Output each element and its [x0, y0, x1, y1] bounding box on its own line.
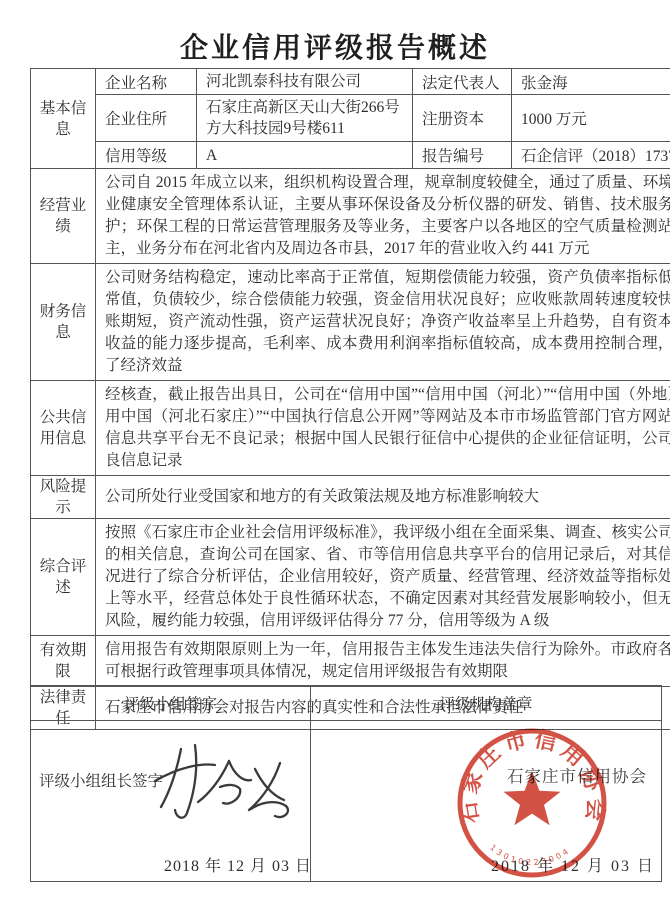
svg-text:13010223004: 13010223004 [488, 843, 572, 867]
field-label-registered-capital: 注册资本 [413, 95, 512, 142]
team-leader-signature-label: 评级小组组长签字 [39, 769, 163, 791]
table-row: 基本信息 企业名称 河北凯泰科技有限公司 法定代表人 张金海 [31, 69, 670, 95]
field-value-legal-rep: 张金海 [512, 69, 670, 95]
section-content-financial-info: 公司财务结构稳定，速动比率高于正常值，短期偿债能力较强，资产负债率指标低于正常值… [96, 264, 670, 381]
report-page: 企业信用评级报告概述 基本信息 企业名称 河北凯泰科技有限公司 法定代表人 张金… [0, 0, 670, 906]
section-label-risk-warning: 风险提示 [31, 476, 96, 519]
table-row: 信用等级 A 报告编号 石企信评（2018）1737 号 [31, 142, 670, 169]
section-label-basic-info: 基本信息 [31, 69, 96, 169]
field-label-address: 企业住所 [96, 95, 197, 142]
seal-code-text: 13010223004 [488, 843, 572, 867]
team-signature-date: 2018 年 12 月 03 日 [164, 853, 312, 876]
team-signature-header: 评级小组签字 [31, 686, 311, 721]
handwritten-signature [151, 739, 301, 827]
section-content-validity-period: 信用报告有效期限原则上为一年，信用报告主体发生违法失信行为除外。市政府各部门可根… [96, 636, 670, 687]
field-value-address: 石家庄高新区天山大街266号方大科技园9号楼611 [197, 95, 413, 142]
team-signature-cell: 评级小组组长签字 2018 年 12 月 03 日 [31, 721, 311, 882]
field-value-report-number: 石企信评（2018）1737 号 [512, 142, 670, 169]
section-content-risk-warning: 公司所处行业受国家和地方的有关政策法规及地方标准影响较大 [96, 476, 670, 519]
signature-table: 评级小组签字 评级机构盖章 评级小组组长签字 [30, 685, 662, 882]
section-label-validity-period: 有效期限 [31, 636, 96, 687]
table-row: 企业住所 石家庄高新区天山大街266号方大科技园9号楼611 注册资本 1000… [31, 95, 670, 142]
table-row: 财务信息 公司财务结构稳定，速动比率高于正常值，短期偿债能力较强，资产负债率指标… [31, 264, 670, 381]
field-value-credit-rating: A [197, 142, 413, 169]
section-label-public-credit-info: 公共信用信息 [31, 381, 96, 476]
table-row: 公共信用信息 经核查，截止报告出具日，公司在“信用中国”“信用中国（河北）”“信… [31, 381, 670, 476]
field-label-credit-rating: 信用等级 [96, 142, 197, 169]
company-seal-stamp: 石家庄市信用协会 13010223004 [452, 723, 612, 883]
table-row: 评级小组签字 评级机构盖章 [31, 686, 662, 721]
table-row: 经营业绩 公司自 2015 年成立以来，组织机构设置合理，规章制度较健全，通过了… [31, 169, 670, 264]
field-value-registered-capital: 1000 万元 [512, 95, 670, 142]
report-table: 基本信息 企业名称 河北凯泰科技有限公司 法定代表人 张金海 企业住所 石家庄高… [30, 68, 670, 730]
table-row: 综合评述 按照《石家庄市企业社会信用评级标准》，我评级小组在全面采集、调查、核实… [31, 519, 670, 636]
field-label-legal-rep: 法定代表人 [413, 69, 512, 95]
agency-seal-header: 评级机构盖章 [311, 686, 662, 721]
field-label-report-number: 报告编号 [413, 142, 512, 169]
section-content-comprehensive-review: 按照《石家庄市企业社会信用评级标准》，我评级小组在全面采集、调查、核实公司提供的… [96, 519, 670, 636]
section-label-business-performance: 经营业绩 [31, 169, 96, 264]
table-row: 风险提示 公司所处行业受国家和地方的有关政策法规及地方标准影响较大 [31, 476, 670, 519]
star-icon [504, 771, 561, 825]
section-label-financial-info: 财务信息 [31, 264, 96, 381]
section-label-comprehensive-review: 综合评述 [31, 519, 96, 636]
agency-seal-cell: 石家庄市信用协会 2018 年 12 月 03 日 石家庄市信用协会 13010… [311, 721, 662, 882]
field-label-company-name: 企业名称 [96, 69, 197, 95]
table-row: 有效期限 信用报告有效期限原则上为一年，信用报告主体发生违法失信行为除外。市政府… [31, 636, 670, 687]
page-title: 企业信用评级报告概述 [0, 26, 670, 66]
section-content-public-credit-info: 经核查，截止报告出具日，公司在“信用中国”“信用中国（河北）”“信用中国（外地）… [96, 381, 670, 476]
field-value-company-name: 河北凯泰科技有限公司 [197, 69, 413, 95]
table-row: 评级小组组长签字 2018 年 12 月 03 日 [31, 721, 662, 882]
section-content-business-performance: 公司自 2015 年成立以来，组织机构设置合理，规章制度较健全，通过了质量、环境… [96, 169, 670, 264]
